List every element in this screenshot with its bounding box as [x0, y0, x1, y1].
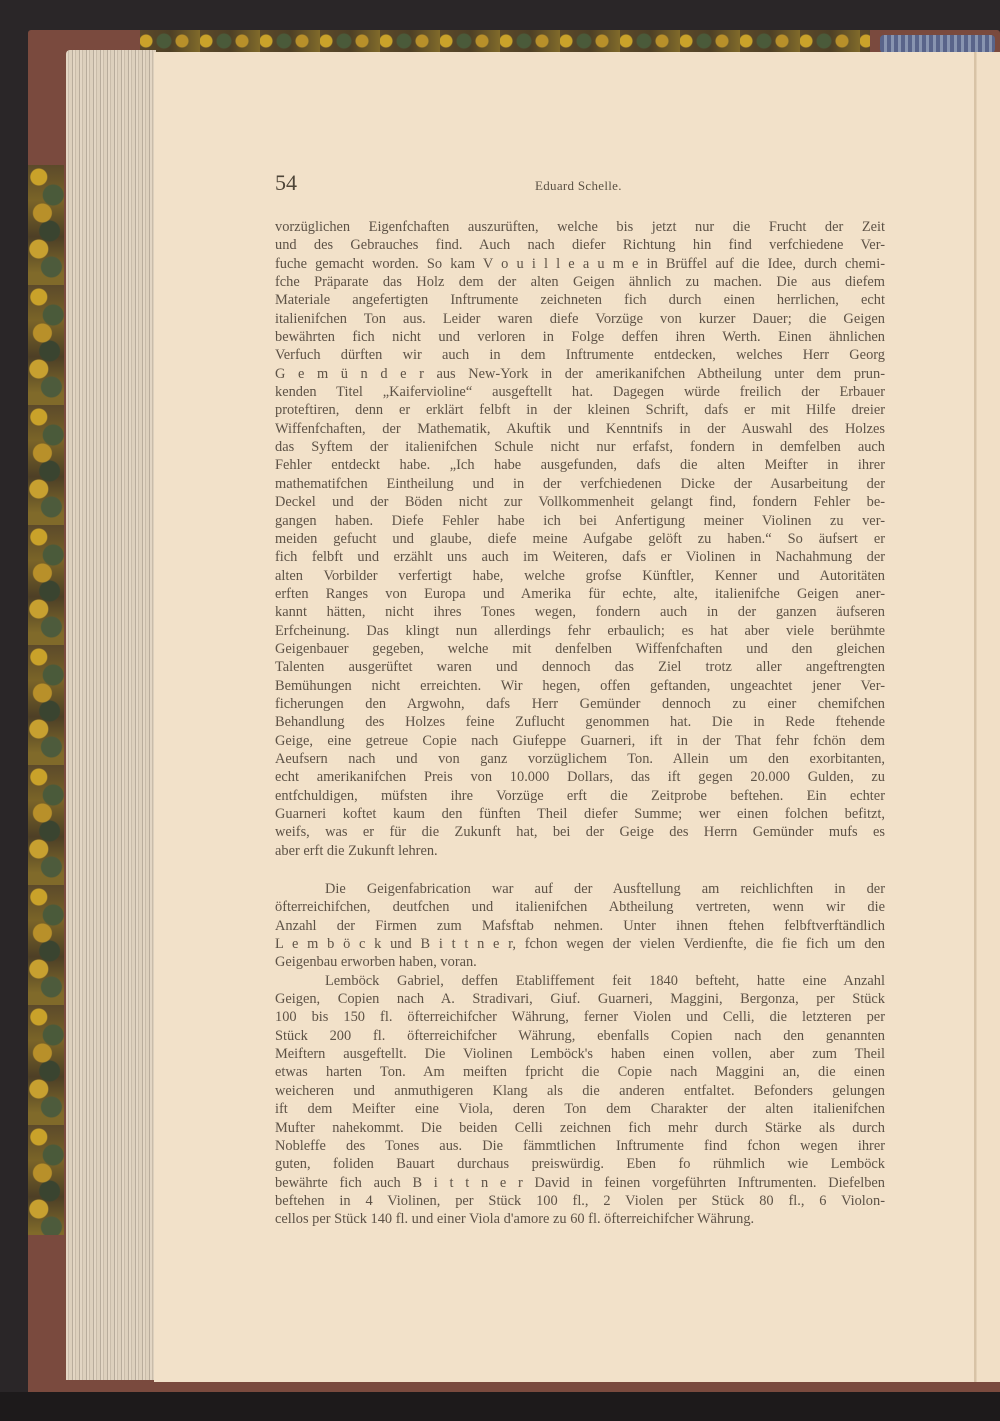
text-line: bewährte fich auch B i t t n e r David i…: [275, 1174, 885, 1192]
text-line: Verfuch dürften wir auch in dem Inftrume…: [275, 346, 885, 364]
running-head: 54 Eduard Schelle.: [275, 170, 885, 202]
text-line: G e m ü n d e r aus New-York in der amer…: [275, 365, 885, 383]
text-line: öfterreichifchen, deutfchen und italieni…: [275, 898, 885, 916]
marbled-board-top: [140, 30, 870, 52]
page-number: 54: [275, 170, 297, 196]
text-line: das Syftem der italienifchen Schule nich…: [275, 438, 885, 456]
text-line: guten, foliden Bauart durchaus preiswürd…: [275, 1155, 885, 1173]
page-edges: [66, 50, 156, 1380]
text-line: Nobleffe des Tones aus. Die fämmtlichen …: [275, 1137, 885, 1155]
body-text: vorzüglichen Eigenfchaften auszurüften, …: [275, 218, 885, 1229]
text-line: Geigenbau erworben haben, voran.: [275, 953, 885, 971]
author-heading: Eduard Schelle.: [535, 178, 622, 194]
text-line: fche Präparate das Holz dem der alten Ge…: [275, 273, 885, 291]
text-line: Bemühungen nicht erreichten. Wir hegen, …: [275, 677, 885, 695]
text-line: gangen haben. Diefe Fehler habe ich bei …: [275, 512, 885, 530]
marbled-board-left: [28, 165, 64, 1235]
text-line: Wiffenfchaften, der Mathematik, Akuftik …: [275, 420, 885, 438]
text-line: Die Geigenfabrication war auf der Ausfte…: [275, 880, 885, 898]
text-line: kannt hätten, nicht ihres Tones wegen, f…: [275, 603, 885, 621]
text-line: meiden gefucht und glaube, diefe meine A…: [275, 530, 885, 548]
text-line: proteftiren, denn er erklärt felbft in d…: [275, 401, 885, 419]
text-line: Geige, eine getreue Copie nach Giufeppe …: [275, 732, 885, 750]
text-line: Materiale angefertigten Inftrumente zeic…: [275, 291, 885, 309]
text-line: Anzahl der Firmen zum Mafsftab nehmen. U…: [275, 917, 885, 935]
text-line: Meiftern ausgeftellt. Die Violinen Lembö…: [275, 1045, 885, 1063]
paragraph-gap: [275, 860, 885, 880]
text-line: mathematifchen Eintheilung und in der ve…: [275, 475, 885, 493]
paragraph: Die Geigenfabrication war auf der Ausfte…: [275, 880, 885, 972]
text-line: beftehen in 4 Violinen, per Stück 100 fl…: [275, 1192, 885, 1210]
text-line: Deckel und der Böden nicht zur Vollkomme…: [275, 493, 885, 511]
text-line: Erfcheinung. Das klingt nun allerdings f…: [275, 622, 885, 640]
text-line: 100 bis 150 fl. öfterreichifcher Währung…: [275, 1008, 885, 1026]
text-line: ficherungen den Argwohn, dafs Herr Gemün…: [275, 695, 885, 713]
text-line: fuche gemacht worden. So kam V o u i l l…: [275, 255, 885, 273]
text-line: Geigenbauer gegeben, welche mit denfelbe…: [275, 640, 885, 658]
text-line: italienifchen Ton aus. Leider waren dief…: [275, 310, 885, 328]
headband: [880, 35, 995, 53]
text-line: Stück 200 fl. öfterreichifcher Währung, …: [275, 1027, 885, 1045]
text-line: Fehler entdeckt habe. „Ich habe ausgefun…: [275, 456, 885, 474]
text-line: und des Gebrauches find. Auch nach diefe…: [275, 236, 885, 254]
page-gutter-right: [974, 52, 1000, 1382]
paragraph: Lemböck Gabriel, deffen Etabliffement fe…: [275, 972, 885, 1229]
text-line: L e m b ö c k und B i t t n e r, fchon w…: [275, 935, 885, 953]
background-shadow: [0, 1392, 1000, 1421]
text-line: aber erft die Zukunft lehren.: [275, 842, 885, 860]
text-line: entfchuldigen, müfsten ihre Vorzüge erft…: [275, 787, 885, 805]
text-line: bewährten fich nicht und verloren in Fol…: [275, 328, 885, 346]
text-line: Lemböck Gabriel, deffen Etabliffement fe…: [275, 972, 885, 990]
text-line: erften Ranges von Europa und Amerika für…: [275, 585, 885, 603]
text-line: Guarneri koftet kaum den fünften Theil d…: [275, 805, 885, 823]
text-line: vorzüglichen Eigenfchaften auszurüften, …: [275, 218, 885, 236]
text-line: etwas harten Ton. Am meiften fpricht die…: [275, 1063, 885, 1081]
text-line: kenden Titel „Kaifervioline“ ausgeftellt…: [275, 383, 885, 401]
text-line: weifs, was er für die Zukunft hat, bei d…: [275, 823, 885, 841]
text-line: Geigen, Copien nach A. Stradivari, Giuf.…: [275, 990, 885, 1008]
text-line: Mufter nahekommt. Die beiden Celli zeich…: [275, 1119, 885, 1137]
text-line: fich felbft und erzählt uns auch im Weit…: [275, 548, 885, 566]
text-line: Aeufsern nach und von ganz vorzüglichem …: [275, 750, 885, 768]
paragraph: vorzüglichen Eigenfchaften auszurüften, …: [275, 218, 885, 860]
text-line: weicheren und anmuthigeren Klang als die…: [275, 1082, 885, 1100]
text-line: cellos per Stück 140 fl. und einer Viola…: [275, 1210, 885, 1228]
text-line: echt amerikanifchen Preis von 10.000 Dol…: [275, 768, 885, 786]
text-line: alten Vorbilder verfertigt habe, welche …: [275, 567, 885, 585]
text-line: Behandlung des Holzes feine Zuflucht gen…: [275, 713, 885, 731]
text-line: ift dem Meifter eine Viola, deren Ton de…: [275, 1100, 885, 1118]
text-line: Talenten ausgerüftet waren und dennoch d…: [275, 658, 885, 676]
